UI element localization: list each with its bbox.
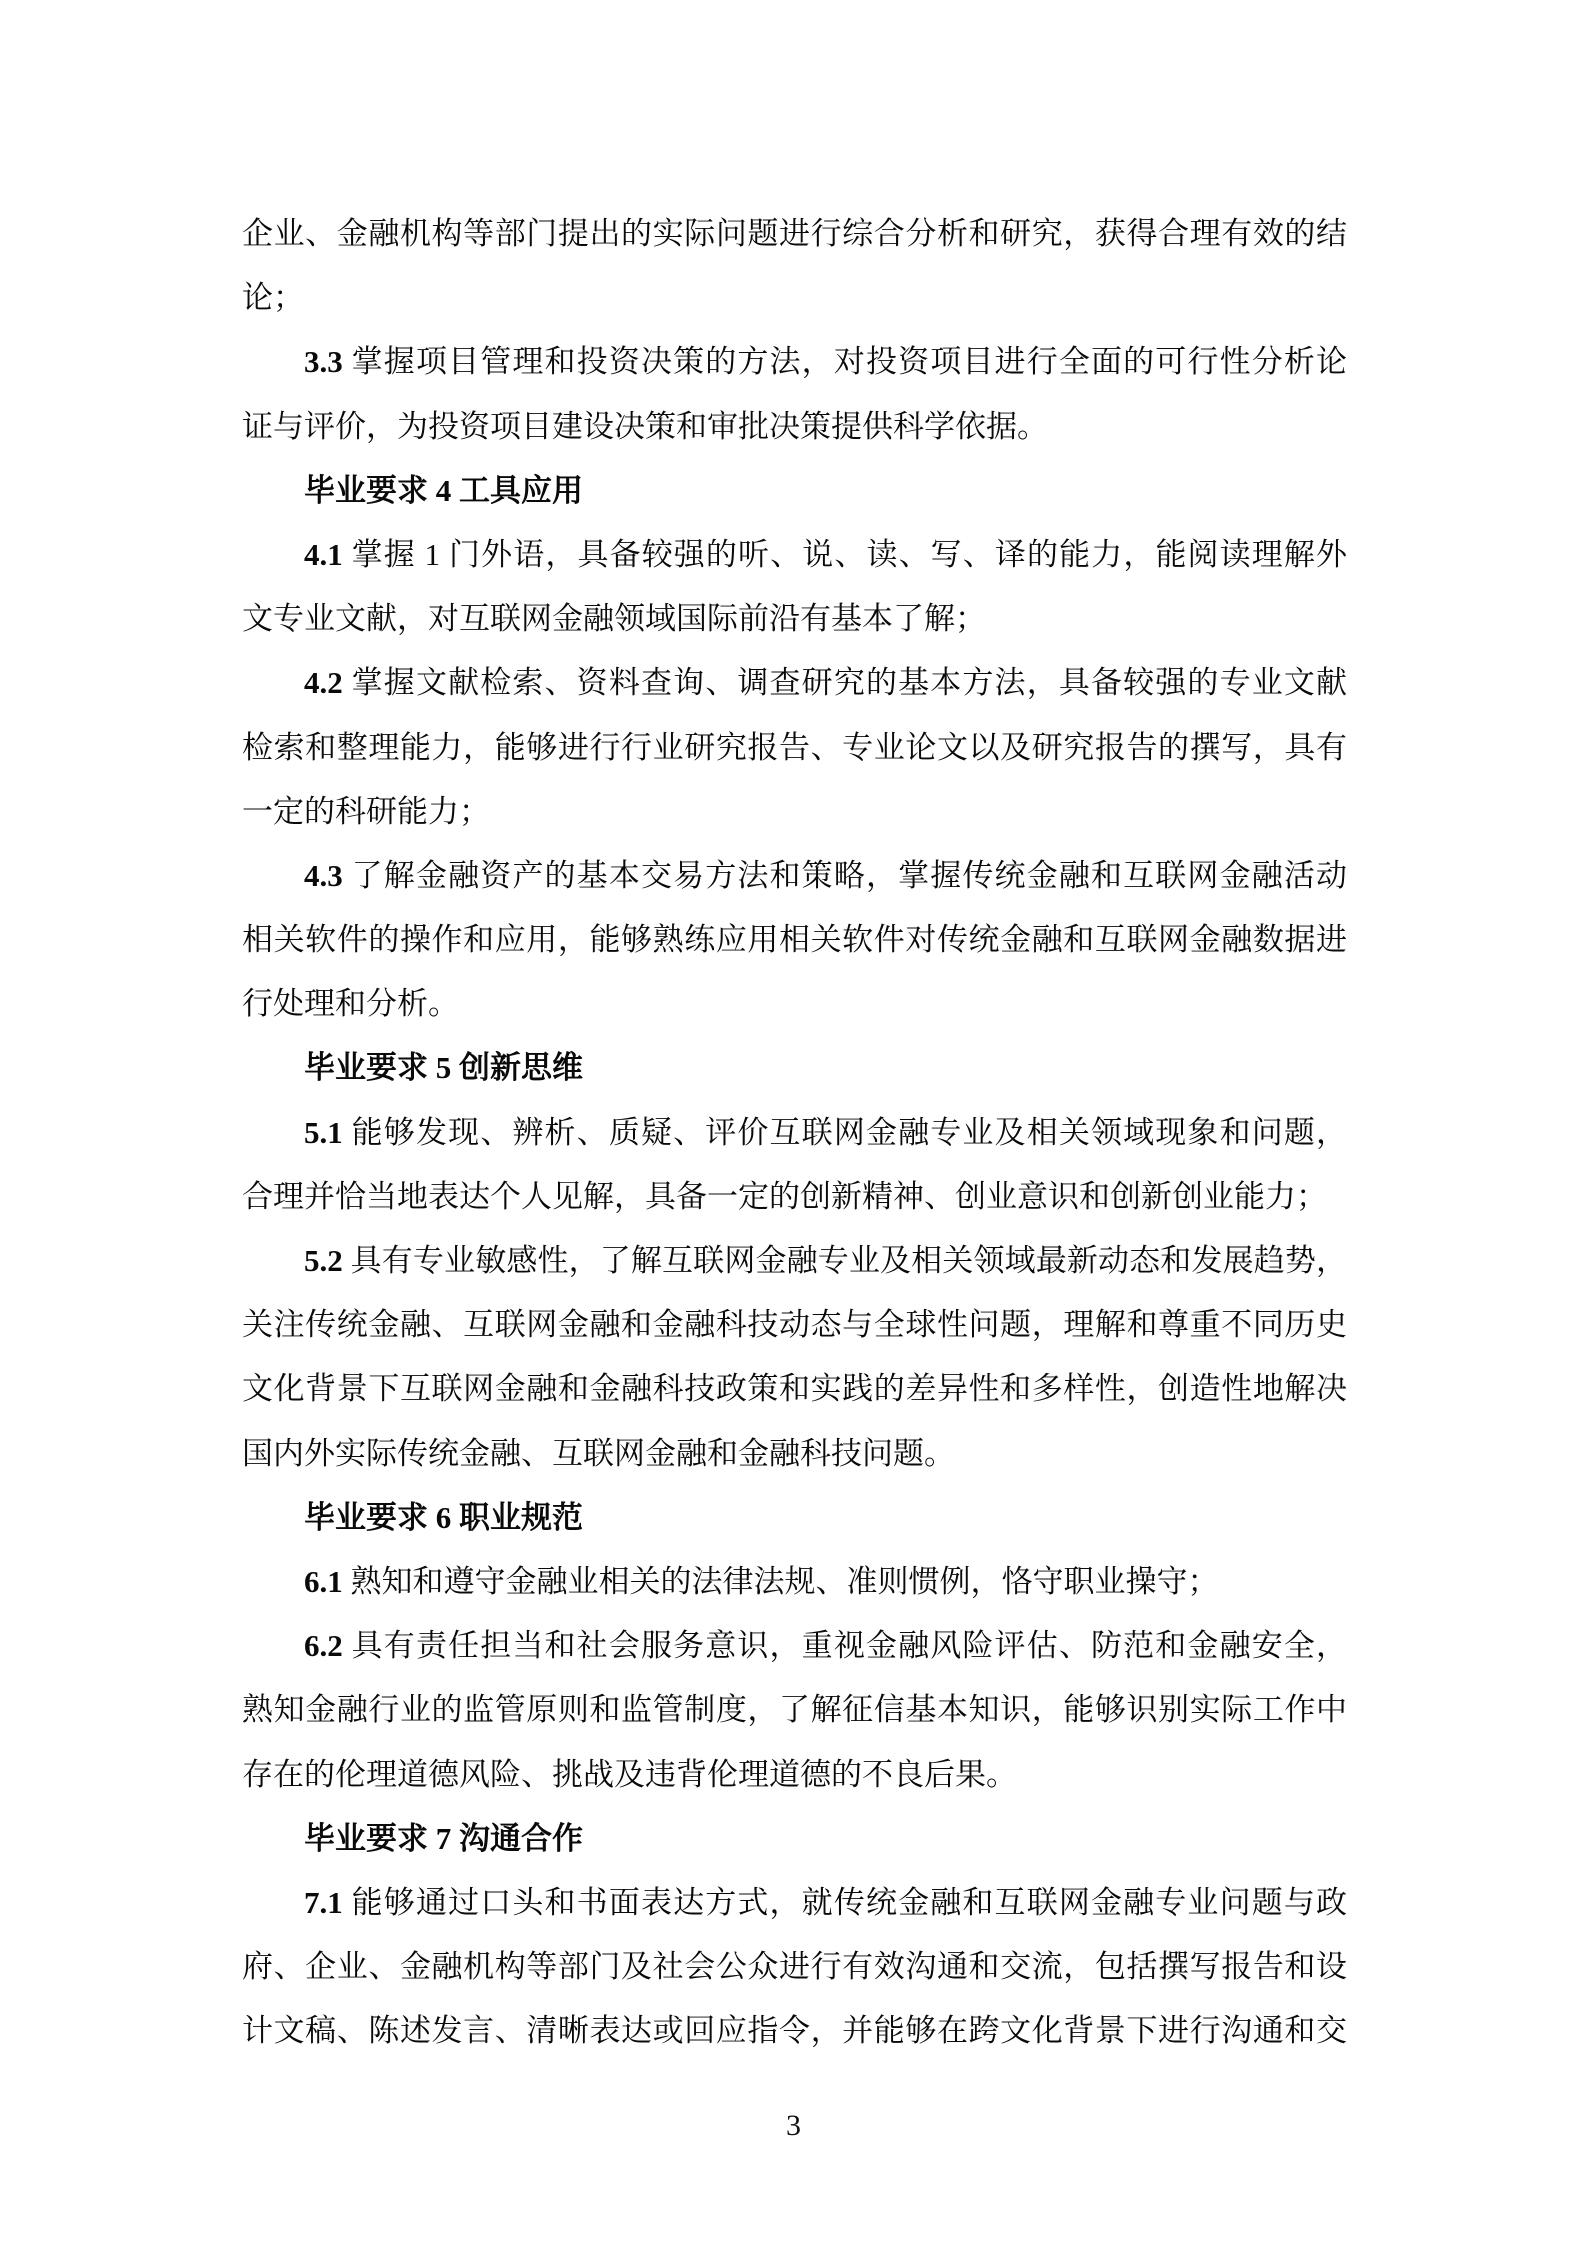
item-number: 6.2 <box>304 1628 352 1663</box>
text-line: 企业、金融机构等部门提出的实际问题进行综合分析和研究，获得合理有效的结 <box>242 202 1347 266</box>
line-text: 能够发现、辨析、质疑、评价互联网金融专业及相关领域现象和问题， <box>352 1115 1347 1150</box>
line-text: 能够通过口头和书面表达方式，就传统金融和互联网金融专业问题与政 <box>352 1885 1347 1920</box>
document-text-block: 企业、金融机构等部门提出的实际问题进行综合分析和研究，获得合理有效的结 论； 3… <box>242 202 1347 2063</box>
line-text: 具有责任担当和社会服务意识，重视金融风险评估、防范和金融安全， <box>352 1628 1347 1663</box>
text-line: 合理并恰当地表达个人见解，具备一定的创新精神、创业意识和创新创业能力； <box>242 1165 1347 1229</box>
text-line: 6.2 具有责任担当和社会服务意识，重视金融风险评估、防范和金融安全， <box>242 1614 1347 1678</box>
item-number: 6.1 <box>304 1564 351 1599</box>
line-text: 证与评价，为投资项目建设决策和审批决策提供科学依据。 <box>242 409 1048 444</box>
text-line: 一定的科研能力； <box>242 780 1347 844</box>
line-text: 一定的科研能力； <box>242 794 490 829</box>
text-line: 证与评价，为投资项目建设决策和审批决策提供科学依据。 <box>242 395 1347 459</box>
text-line: 4.2 掌握文献检索、资料查询、调查研究的基本方法，具备较强的专业文献 <box>242 651 1347 715</box>
text-line: 相关软件的操作和应用，能够熟练应用相关软件对传统金融和互联网金融数据进 <box>242 908 1347 972</box>
line-text: 了解金融资产的基本交易方法和策略，掌握传统金融和互联网金融活动 <box>352 858 1347 893</box>
section-heading: 毕业要求 4 工具应用 <box>242 459 1347 523</box>
line-text: 具有专业敏感性，了解互联网金融专业及相关领域最新动态和发展趋势， <box>351 1243 1347 1278</box>
document-page: 企业、金融机构等部门提出的实际问题进行综合分析和研究，获得合理有效的结 论； 3… <box>0 0 1587 2245</box>
line-text: 熟知和遵守金融业相关的法律法规、准则惯例，恪守职业操守； <box>351 1564 1219 1599</box>
text-line: 4.1 掌握 1 门外语，具备较强的听、说、读、写、译的能力，能阅读理解外 <box>242 523 1347 587</box>
item-number: 5.1 <box>304 1115 352 1150</box>
section-heading: 毕业要求 7 沟通合作 <box>242 1807 1347 1871</box>
text-line: 7.1 能够通过口头和书面表达方式，就传统金融和互联网金融专业问题与政 <box>242 1871 1347 1935</box>
item-number: 3.3 <box>304 344 352 379</box>
item-number: 4.3 <box>304 858 352 893</box>
section-heading: 毕业要求 5 创新思维 <box>242 1036 1347 1100</box>
line-text: 毕业要求 4 工具应用 <box>304 473 583 508</box>
line-text: 掌握文献检索、资料查询、调查研究的基本方法，具备较强的专业文献 <box>352 665 1347 700</box>
line-text: 文化背景下互联网金融和金融科技政策和实践的差异性和多样性，创造性地解决 <box>242 1371 1347 1406</box>
text-line: 存在的伦理道德风险、挑战及违背伦理道德的不良后果。 <box>242 1743 1347 1807</box>
line-text: 相关软件的操作和应用，能够熟练应用相关软件对传统金融和互联网金融数据进 <box>242 922 1347 957</box>
item-number: 4.2 <box>304 665 352 700</box>
line-text: 计文稿、陈述发言、清晰表达或回应指令，并能够在跨文化背景下进行沟通和交 <box>242 2013 1347 2048</box>
line-text: 关注传统金融、互联网金融和金融科技动态与全球性问题，理解和尊重不同历史 <box>242 1307 1347 1342</box>
text-line: 计文稿、陈述发言、清晰表达或回应指令，并能够在跨文化背景下进行沟通和交 <box>242 1999 1347 2063</box>
text-line: 国内外实际传统金融、互联网金融和金融科技问题。 <box>242 1422 1347 1486</box>
line-text: 合理并恰当地表达个人见解，具备一定的创新精神、创业意识和创新创业能力； <box>242 1179 1327 1214</box>
item-number: 7.1 <box>304 1885 352 1920</box>
text-line: 3.3 掌握项目管理和投资决策的方法，对投资项目进行全面的可行性分析论 <box>242 330 1347 394</box>
text-line: 6.1 熟知和遵守金融业相关的法律法规、准则惯例，恪守职业操守； <box>242 1550 1347 1614</box>
line-text: 论； <box>242 280 304 315</box>
line-text: 掌握项目管理和投资决策的方法，对投资项目进行全面的可行性分析论 <box>352 344 1347 379</box>
text-line: 熟知金融行业的监管原则和监管制度，了解征信基本知识，能够识别实际工作中 <box>242 1678 1347 1742</box>
item-number: 5.2 <box>304 1243 351 1278</box>
line-text: 存在的伦理道德风险、挑战及违背伦理道德的不良后果。 <box>242 1757 1017 1792</box>
text-line: 文化背景下互联网金融和金融科技政策和实践的差异性和多样性，创造性地解决 <box>242 1357 1347 1421</box>
text-line: 论； <box>242 266 1347 330</box>
line-text: 文专业文献，对互联网金融领域国际前沿有基本了解； <box>242 601 986 636</box>
line-text: 府、企业、金融机构等部门及社会公众进行有效沟通和交流，包括撰写报告和设 <box>242 1949 1347 1984</box>
line-text: 行处理和分析。 <box>242 986 459 1021</box>
line-text: 国内外实际传统金融、互联网金融和金融科技问题。 <box>242 1436 955 1471</box>
text-line: 关注传统金融、互联网金融和金融科技动态与全球性问题，理解和尊重不同历史 <box>242 1293 1347 1357</box>
text-line: 检索和整理能力，能够进行行业研究报告、专业论文以及研究报告的撰写，具有 <box>242 716 1347 780</box>
text-line: 5.2 具有专业敏感性，了解互联网金融专业及相关领域最新动态和发展趋势， <box>242 1229 1347 1293</box>
item-number: 4.1 <box>304 537 352 572</box>
line-text: 企业、金融机构等部门提出的实际问题进行综合分析和研究，获得合理有效的结 <box>242 216 1347 251</box>
text-line: 文专业文献，对互联网金融领域国际前沿有基本了解； <box>242 587 1347 651</box>
page-number: 3 <box>0 2106 1587 2146</box>
text-line: 5.1 能够发现、辨析、质疑、评价互联网金融专业及相关领域现象和问题， <box>242 1101 1347 1165</box>
text-line: 4.3 了解金融资产的基本交易方法和策略，掌握传统金融和互联网金融活动 <box>242 844 1347 908</box>
line-text: 熟知金融行业的监管原则和监管制度，了解征信基本知识，能够识别实际工作中 <box>242 1692 1347 1727</box>
line-text: 检索和整理能力，能够进行行业研究报告、专业论文以及研究报告的撰写，具有 <box>242 730 1347 765</box>
section-heading: 毕业要求 6 职业规范 <box>242 1486 1347 1550</box>
line-text: 掌握 1 门外语，具备较强的听、说、读、写、译的能力，能阅读理解外 <box>352 537 1347 572</box>
text-line: 行处理和分析。 <box>242 972 1347 1036</box>
text-line: 府、企业、金融机构等部门及社会公众进行有效沟通和交流，包括撰写报告和设 <box>242 1935 1347 1999</box>
line-text: 毕业要求 7 沟通合作 <box>304 1821 583 1856</box>
line-text: 毕业要求 6 职业规范 <box>304 1500 583 1535</box>
line-text: 毕业要求 5 创新思维 <box>304 1050 583 1085</box>
